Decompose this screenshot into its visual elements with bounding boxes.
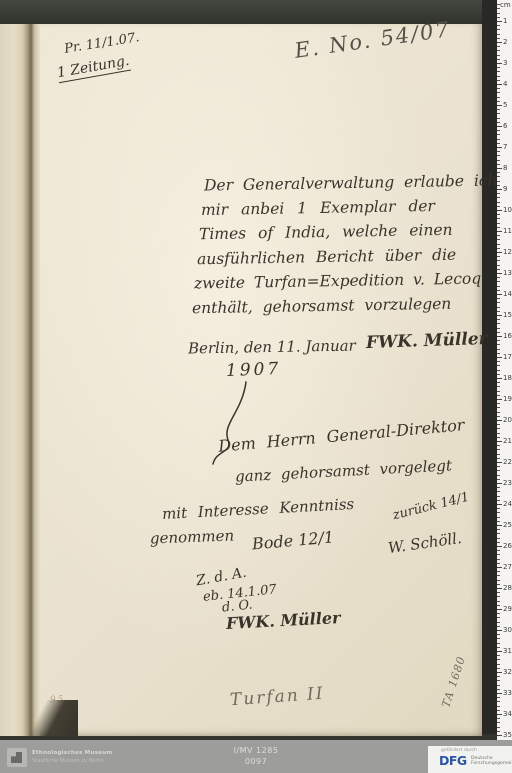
ruler-minor-tick bbox=[497, 449, 500, 450]
ruler-tick-label: 15 bbox=[503, 311, 512, 319]
ruler-major-tick bbox=[497, 609, 502, 610]
ruler-minor-tick bbox=[497, 109, 500, 110]
ruler-minor-tick bbox=[497, 218, 500, 219]
ruler-minor-tick bbox=[497, 235, 500, 236]
ruler-tick-label: 19 bbox=[503, 395, 512, 403]
ruler-minor-tick bbox=[497, 491, 500, 492]
ruler-tick-label: 25 bbox=[503, 521, 512, 529]
ruler-minor-tick bbox=[497, 454, 500, 455]
ruler-minor-tick bbox=[497, 328, 500, 329]
ruler-major-tick bbox=[497, 546, 502, 547]
ruler-major-tick bbox=[497, 567, 502, 568]
ruler-major-tick bbox=[497, 84, 502, 85]
ruler-minor-tick bbox=[497, 731, 500, 732]
ruler-tick-label: 18 bbox=[503, 374, 512, 382]
ruler-tick-label: 33 bbox=[503, 689, 512, 697]
dfg-org-name: Deutsche Forschungsgemeinschaft bbox=[471, 756, 512, 767]
ruler-major-tick bbox=[497, 588, 502, 589]
ruler-minor-tick bbox=[497, 517, 500, 518]
ruler-minor-tick bbox=[497, 134, 500, 135]
ruler-major-tick bbox=[497, 672, 502, 673]
ruler-tick-label: 10 bbox=[503, 206, 512, 214]
ruler-minor-tick bbox=[497, 710, 500, 711]
ruler-minor-tick bbox=[497, 239, 500, 240]
ruler-minor-tick bbox=[497, 722, 500, 723]
ruler-minor-tick bbox=[497, 563, 500, 564]
ruler-major-tick bbox=[497, 189, 502, 190]
ruler-minor-tick bbox=[497, 113, 500, 114]
ruler-minor-tick bbox=[497, 151, 500, 152]
ruler-minor-tick bbox=[497, 575, 500, 576]
ruler-minor-tick bbox=[497, 626, 500, 627]
ruler-major-tick bbox=[497, 630, 502, 631]
ruler-minor-tick bbox=[497, 101, 500, 102]
ruler-major-tick bbox=[497, 273, 502, 274]
ruler-tick-label: 4 bbox=[503, 80, 507, 88]
ruler-minor-tick bbox=[497, 500, 500, 501]
ruler-minor-tick bbox=[497, 487, 500, 488]
body-line: Der Generalverwaltung erlaube ich bbox=[204, 172, 498, 193]
ruler-major-tick bbox=[497, 210, 502, 211]
ruler-minor-tick bbox=[497, 601, 500, 602]
ruler-minor-tick bbox=[497, 55, 500, 56]
ruler-minor-tick bbox=[497, 445, 500, 446]
ruler-tick-label: 23 bbox=[503, 479, 512, 487]
ruler-tick-label: 8 bbox=[503, 164, 507, 172]
ruler-minor-tick bbox=[497, 193, 500, 194]
ruler-minor-tick bbox=[497, 298, 500, 299]
ruler-minor-tick bbox=[497, 88, 500, 89]
ruler-minor-tick bbox=[497, 433, 500, 434]
ruler-minor-tick bbox=[497, 437, 500, 438]
ruler-major-tick bbox=[497, 441, 502, 442]
ruler-major-tick bbox=[497, 105, 502, 106]
ruler-major-tick bbox=[497, 357, 502, 358]
ruler-minor-tick bbox=[497, 622, 500, 623]
ruler-tick-label: 12 bbox=[503, 248, 512, 256]
ruler-minor-tick bbox=[497, 223, 500, 224]
ruler-tick-label: 29 bbox=[503, 605, 512, 613]
ruler-minor-tick bbox=[497, 470, 500, 471]
ruler-minor-tick bbox=[497, 260, 500, 261]
ruler-minor-tick bbox=[497, 319, 500, 320]
ruler-minor-tick bbox=[497, 332, 500, 333]
ruler-minor-tick bbox=[497, 643, 500, 644]
ruler-minor-tick bbox=[497, 25, 500, 26]
body-line: Times of India, welche einen bbox=[199, 222, 453, 243]
ruler-minor-tick bbox=[497, 718, 500, 719]
registry-note-line2: 1 Zeitung. bbox=[56, 54, 131, 83]
ruler-minor-tick bbox=[497, 533, 500, 534]
ruler-major-tick bbox=[497, 420, 502, 421]
ruler-minor-tick bbox=[497, 176, 500, 177]
scan-background-top bbox=[0, 0, 482, 25]
ruler-minor-tick bbox=[497, 428, 500, 429]
body-line: enthält, gehorsamst vorzulegen bbox=[192, 296, 452, 317]
disposal-signature: FWK. Müller bbox=[226, 610, 341, 633]
dfg-logo: DFG bbox=[439, 753, 467, 768]
ruler-minor-tick bbox=[497, 323, 500, 324]
ruler-minor-tick bbox=[497, 17, 500, 18]
ruler-major-tick bbox=[497, 399, 502, 400]
ruler-minor-tick bbox=[497, 265, 500, 266]
ruler-minor-tick bbox=[497, 197, 500, 198]
ruler-minor-tick bbox=[497, 92, 500, 93]
ruler-minor-tick bbox=[497, 659, 500, 660]
ruler-minor-tick bbox=[497, 118, 500, 119]
ruler-minor-tick bbox=[497, 559, 500, 560]
ruler-minor-tick bbox=[497, 479, 500, 480]
ruler-major-tick bbox=[497, 462, 502, 463]
ruler-minor-tick bbox=[497, 391, 500, 392]
ruler-minor-tick bbox=[497, 542, 500, 543]
ruler-tick-label: 17 bbox=[503, 353, 512, 361]
ruler-major-tick bbox=[497, 168, 502, 169]
ruler-minor-tick bbox=[497, 164, 500, 165]
body-line: zweite Turfan=Expedition v. Lecoq bbox=[194, 270, 481, 291]
ruler-minor-tick bbox=[497, 538, 500, 539]
ruler-minor-tick bbox=[497, 143, 500, 144]
ruler-tick-label: 1 bbox=[503, 17, 507, 25]
ruler-minor-tick bbox=[497, 8, 500, 9]
ruler-minor-tick bbox=[497, 647, 500, 648]
ruler-major-tick bbox=[497, 63, 502, 64]
ruler-minor-tick bbox=[497, 122, 500, 123]
ruler-major-tick bbox=[497, 42, 502, 43]
ruler-minor-tick bbox=[497, 407, 500, 408]
ruler-tick-label: 16 bbox=[503, 332, 512, 340]
ruler-tick-label: 20 bbox=[503, 416, 512, 424]
ruler-tick-label: 31 bbox=[503, 647, 512, 655]
ruler-unit-label: cm bbox=[500, 1, 511, 9]
ruler-minor-tick bbox=[497, 580, 500, 581]
ruler-minor-tick bbox=[497, 412, 500, 413]
body-line: ausführlichen Bericht über die bbox=[197, 247, 456, 268]
ruler-minor-tick bbox=[497, 668, 500, 669]
ruler-minor-tick bbox=[497, 353, 500, 354]
ruler-minor-tick bbox=[497, 80, 500, 81]
ruler-minor-tick bbox=[497, 46, 500, 47]
body-line: mir anbei 1 Exemplar der bbox=[201, 198, 435, 218]
ruler-tick-label: 26 bbox=[503, 542, 512, 550]
ruler-minor-tick bbox=[497, 424, 500, 425]
ruler-minor-tick bbox=[497, 475, 500, 476]
ruler-minor-tick bbox=[497, 185, 500, 186]
ruler-minor-tick bbox=[497, 584, 500, 585]
annotation-line: mit Interesse Kenntniss bbox=[162, 497, 355, 523]
ruler-minor-tick bbox=[497, 97, 500, 98]
ruler-minor-tick bbox=[497, 202, 500, 203]
archival-scan: Pr. 11/1.07. 1 Zeitung. E. No. 54/07 Der… bbox=[0, 0, 512, 773]
ruler-minor-tick bbox=[497, 248, 500, 249]
scan-background-right bbox=[482, 0, 497, 740]
ruler-minor-tick bbox=[497, 605, 500, 606]
ruler-tick-label: 6 bbox=[503, 122, 507, 130]
pencil-note-turfan: Turfan II bbox=[229, 686, 325, 710]
ruler-minor-tick bbox=[497, 214, 500, 215]
ruler-minor-tick bbox=[497, 395, 500, 396]
ruler-minor-tick bbox=[497, 676, 500, 677]
ruler-major-tick bbox=[497, 294, 502, 295]
ruler-minor-tick bbox=[497, 67, 500, 68]
ruler-minor-tick bbox=[497, 38, 500, 39]
ruler-major-tick bbox=[497, 735, 502, 736]
page-corner-shadow bbox=[0, 700, 78, 736]
file-number: E. No. 54/07 bbox=[293, 18, 452, 62]
ruler-minor-tick bbox=[497, 416, 500, 417]
ruler-minor-tick bbox=[497, 340, 500, 341]
ruler-major-tick bbox=[497, 21, 502, 22]
ruler-minor-tick bbox=[497, 139, 500, 140]
ruler-minor-tick bbox=[497, 4, 500, 5]
ruler-tick-label: 28 bbox=[503, 584, 512, 592]
ruler-major-tick bbox=[497, 252, 502, 253]
ruler-tick-label: 7 bbox=[503, 143, 507, 151]
ruler-minor-tick bbox=[497, 458, 500, 459]
annotation-line: ganz gehorsamst vorgelegt bbox=[235, 458, 453, 485]
ruler-major-tick bbox=[497, 336, 502, 337]
ruler-minor-tick bbox=[497, 554, 500, 555]
ruler-minor-tick bbox=[497, 634, 500, 635]
ruler-minor-tick bbox=[497, 365, 500, 366]
ruler-minor-tick bbox=[497, 34, 500, 35]
ruler-minor-tick bbox=[497, 592, 500, 593]
ruler-minor-tick bbox=[497, 181, 500, 182]
registry-note-line1: Pr. 11/1.07. bbox=[63, 31, 140, 56]
ruler-minor-tick bbox=[497, 701, 500, 702]
page-gutter-edges bbox=[0, 24, 40, 736]
ruler-minor-tick bbox=[497, 277, 500, 278]
annotation-bode: Bode 12/1 bbox=[251, 529, 334, 553]
ruler-tick-label: 9 bbox=[503, 185, 507, 193]
ruler-minor-tick bbox=[497, 697, 500, 698]
ruler-minor-tick bbox=[497, 370, 500, 371]
ruler-major-tick bbox=[497, 504, 502, 505]
ruler-minor-tick bbox=[497, 727, 500, 728]
ruler-minor-tick bbox=[497, 286, 500, 287]
dateline: Berlin, den 11. Januar bbox=[188, 339, 356, 358]
ruler-minor-tick bbox=[497, 311, 500, 312]
pencil-note-ta-number: TA 1680 bbox=[439, 651, 469, 712]
ruler-minor-tick bbox=[497, 466, 500, 467]
funding-credit: gefördert durch DFG Deutsche Forschungsg… bbox=[428, 746, 512, 773]
ruler-tick-label: 11 bbox=[503, 227, 512, 235]
document-page: Pr. 11/1.07. 1 Zeitung. E. No. 54/07 Der… bbox=[0, 24, 482, 736]
ruler-minor-tick bbox=[497, 386, 500, 387]
ruler-minor-tick bbox=[497, 638, 500, 639]
ruler-minor-tick bbox=[497, 550, 500, 551]
ruler-minor-tick bbox=[497, 529, 500, 530]
ruler-minor-tick bbox=[497, 596, 500, 597]
ruler-major-tick bbox=[497, 714, 502, 715]
dfg-org-line2: Forschungsgemeinschaft bbox=[471, 761, 512, 767]
ruler-minor-tick bbox=[497, 403, 500, 404]
ruler-minor-tick bbox=[497, 172, 500, 173]
ruler-minor-tick bbox=[497, 664, 500, 665]
ruler-tick-label: 21 bbox=[503, 437, 512, 445]
ruler-minor-tick bbox=[497, 521, 500, 522]
ruler-minor-tick bbox=[497, 256, 500, 257]
dateline-year: 1907 bbox=[226, 361, 282, 381]
ruler-major-tick bbox=[497, 147, 502, 148]
annotation-right2: W. Schöll. bbox=[387, 531, 463, 557]
ruler-major-tick bbox=[497, 525, 502, 526]
ruler-minor-tick bbox=[497, 307, 500, 308]
ruler-tick-label: 13 bbox=[503, 269, 512, 277]
ruler-minor-tick bbox=[497, 655, 500, 656]
ruler-minor-tick bbox=[497, 160, 500, 161]
ruler-minor-tick bbox=[497, 706, 500, 707]
ruler-major-tick bbox=[497, 378, 502, 379]
ruler-minor-tick bbox=[497, 617, 500, 618]
ruler-major-tick bbox=[497, 693, 502, 694]
ruler-minor-tick bbox=[497, 349, 500, 350]
ruler-major-tick bbox=[497, 651, 502, 652]
ruler-tick-label: 24 bbox=[503, 500, 512, 508]
ruler-minor-tick bbox=[497, 680, 500, 681]
ink-flourish bbox=[208, 380, 254, 472]
ruler-minor-tick bbox=[497, 269, 500, 270]
ruler-minor-tick bbox=[497, 382, 500, 383]
ruler-minor-tick bbox=[497, 71, 500, 72]
ruler-tick-label: 3 bbox=[503, 59, 507, 67]
annotation-right1: zurück 14/1 bbox=[392, 491, 471, 523]
ruler-major-tick bbox=[497, 483, 502, 484]
ruler-major-tick bbox=[497, 315, 502, 316]
ruler-tick-label: 5 bbox=[503, 101, 507, 109]
ruler-minor-tick bbox=[497, 227, 500, 228]
signature-mueller: FWK. Müller bbox=[366, 331, 488, 353]
ruler-minor-tick bbox=[497, 508, 500, 509]
ruler-minor-tick bbox=[497, 374, 500, 375]
ruler-minor-tick bbox=[497, 361, 500, 362]
ruler-minor-tick bbox=[497, 206, 500, 207]
ruler-tick-label: 14 bbox=[503, 290, 512, 298]
ruler-tick-label: 27 bbox=[503, 563, 512, 571]
ruler-minor-tick bbox=[497, 59, 500, 60]
ruler-tick-label: 32 bbox=[503, 668, 512, 676]
ruler-minor-tick bbox=[497, 29, 500, 30]
footer-bar: Ethnologisches Museum Staatliche Museen … bbox=[0, 740, 512, 773]
ruler-minor-tick bbox=[497, 130, 500, 131]
ruler-tick-label: 30 bbox=[503, 626, 512, 634]
ruler-major-tick bbox=[497, 126, 502, 127]
ruler-minor-tick bbox=[497, 281, 500, 282]
ruler-minor-tick bbox=[497, 496, 500, 497]
ruler-minor-tick bbox=[497, 344, 500, 345]
annotation-line: Dem Herrn General-Direktor bbox=[218, 417, 465, 455]
ruler-minor-tick bbox=[497, 290, 500, 291]
measurement-ruler: cm 1234567891011121314151617181920212223… bbox=[497, 0, 512, 740]
ruler-tick-label: 22 bbox=[503, 458, 512, 466]
ruler-tick-label: 2 bbox=[503, 38, 507, 46]
ruler-minor-tick bbox=[497, 685, 500, 686]
ruler-minor-tick bbox=[497, 13, 500, 14]
ruler-minor-tick bbox=[497, 512, 500, 513]
ruler-minor-tick bbox=[497, 76, 500, 77]
ruler-minor-tick bbox=[497, 155, 500, 156]
ruler-minor-tick bbox=[497, 50, 500, 51]
annotation-line: genommen bbox=[150, 529, 235, 548]
ruler-minor-tick bbox=[497, 302, 500, 303]
ruler-minor-tick bbox=[497, 244, 500, 245]
ruler-minor-tick bbox=[497, 689, 500, 690]
ruler-minor-tick bbox=[497, 613, 500, 614]
ruler-tick-label: 34 bbox=[503, 710, 512, 718]
ruler-major-tick bbox=[497, 231, 502, 232]
ruler-tick-label: 35 bbox=[503, 731, 512, 739]
ruler-minor-tick bbox=[497, 571, 500, 572]
